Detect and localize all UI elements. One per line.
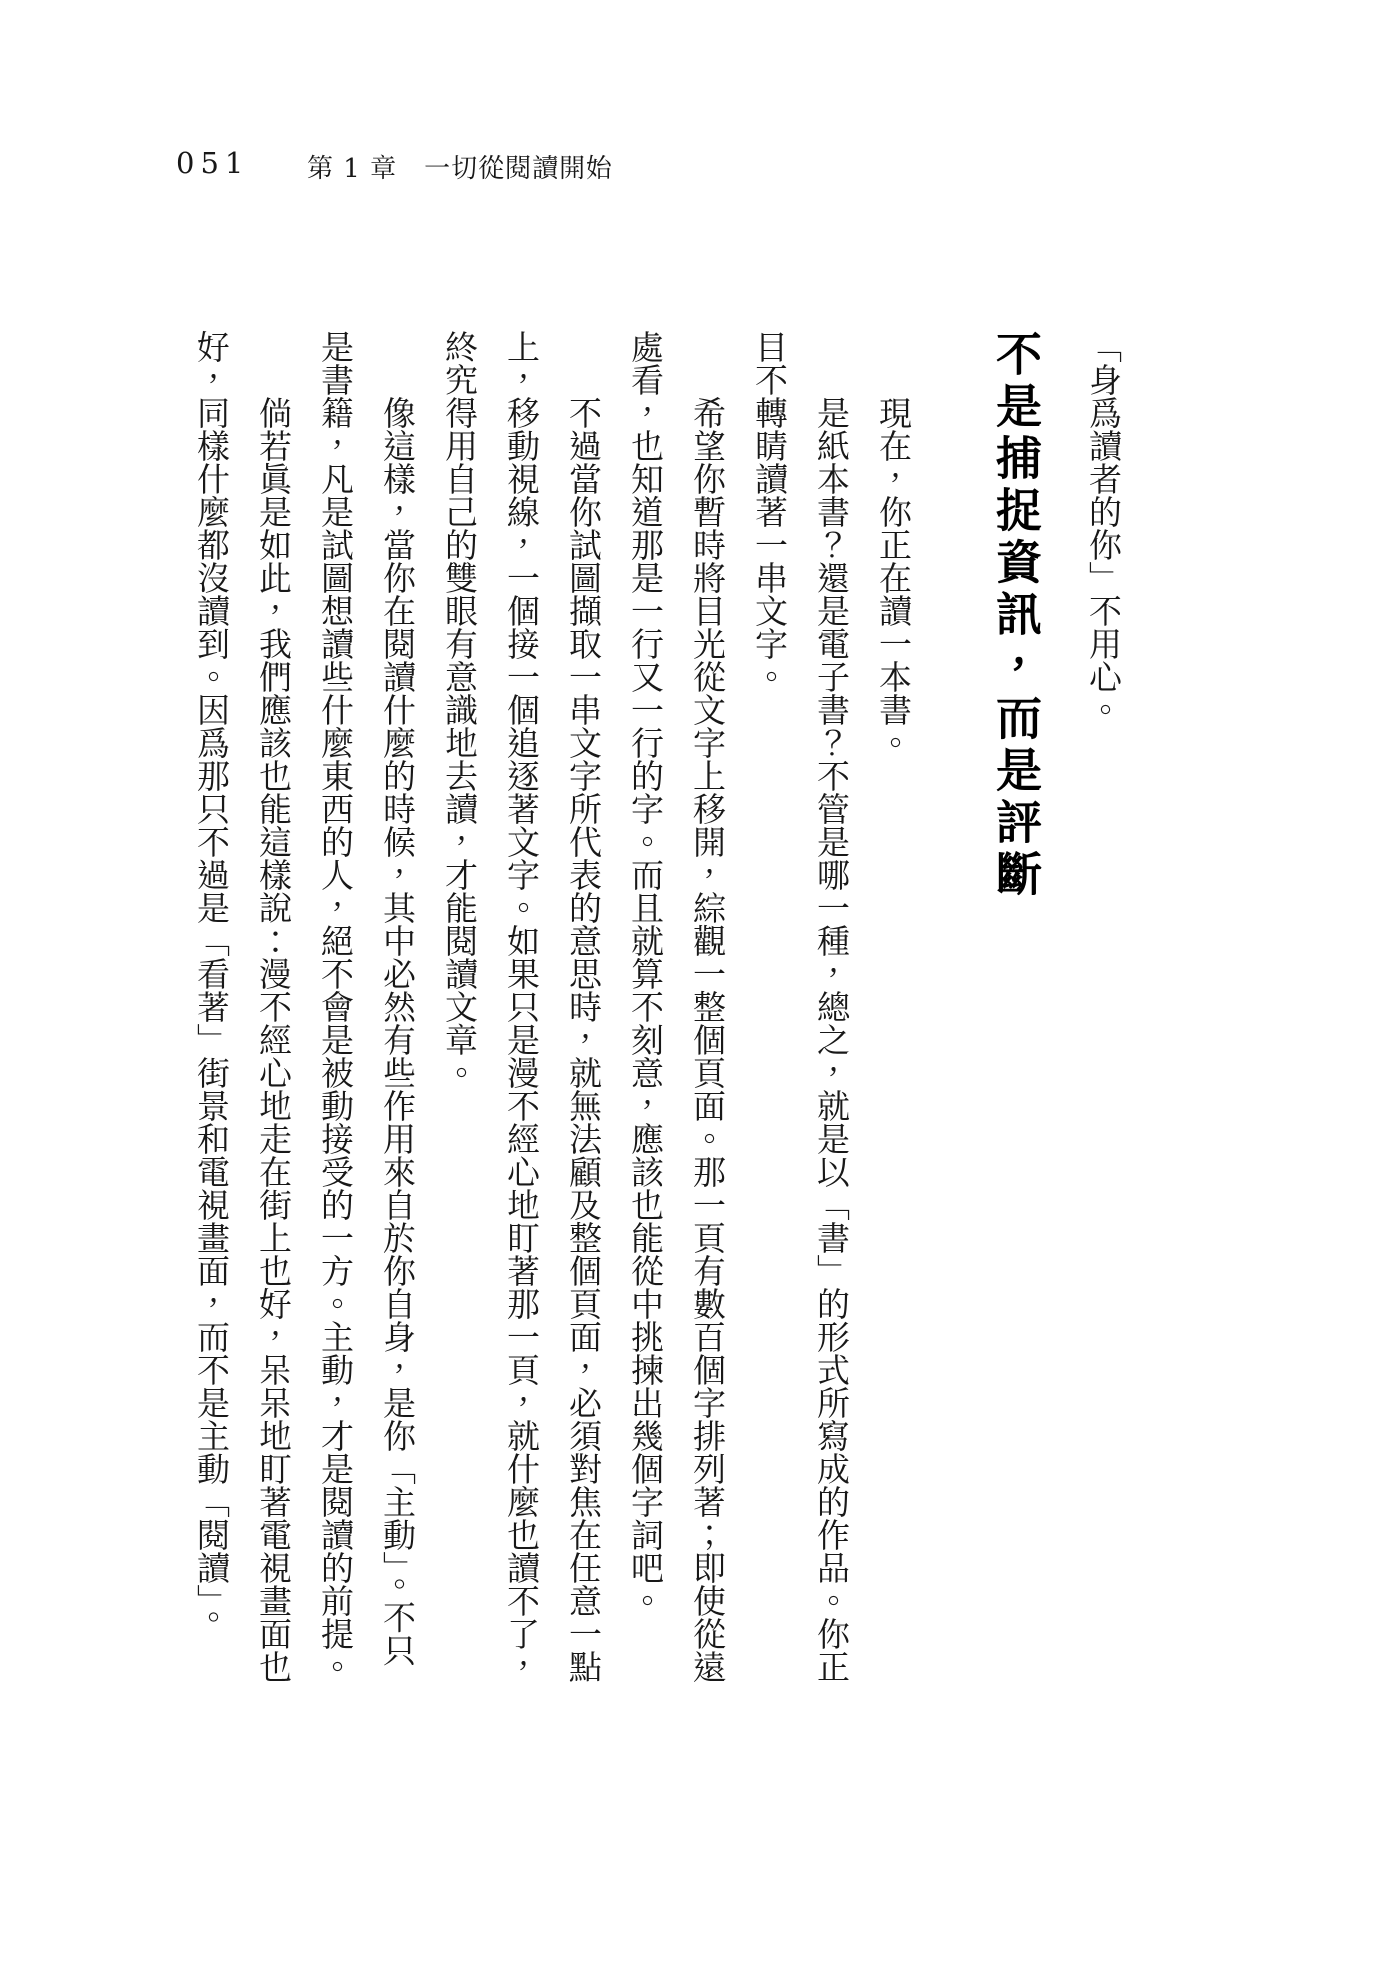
- vertical-text-body: 「身爲讀者的你」不用心。 不是捕捉資訊，而是評斷 現在，你正在讀一本書。 是紙本…: [180, 330, 1134, 1683]
- paragraph-4: 不過當你試圖擷取一串文字所代表的意思時，就無法顧及整個頁面，必須對焦在任意一點上…: [428, 330, 614, 1683]
- section-heading: 不是捕捉資訊，而是評斷: [985, 330, 1047, 1683]
- book-page: { "page_header": { "page_number": "051",…: [0, 0, 1400, 1968]
- page-header: 051 第 1 章 一切從閱讀開始: [0, 145, 1400, 179]
- paragraph-5: 像這樣，當你在閱讀什麼的時候，其中必然有些作用來自於你自身，是你「主動」。不只是…: [304, 330, 428, 1683]
- page-number: 051: [176, 146, 249, 180]
- paragraph-1: 現在，你正在讀一本書。: [862, 330, 924, 1683]
- chapter-running-head: 第 1 章 一切從閱讀開始: [307, 148, 613, 185]
- carryover-sentence: 「身爲讀者的你」不用心。: [1072, 330, 1134, 1683]
- paragraph-2: 是紙本書？還是電子書？不管是哪一種，總之，就是以「書」的形式所寫成的作品。你正目…: [738, 330, 862, 1683]
- paragraph-6: 倘若眞是如此，我們應該也能這樣說：漫不經心地走在街上也好，呆呆地盯著電視畫面也好…: [180, 330, 304, 1683]
- paragraph-3: 希望你暫時將目光從文字上移開，綜觀一整個頁面。那一頁有數百個字排列著；即使從遠處…: [614, 330, 738, 1683]
